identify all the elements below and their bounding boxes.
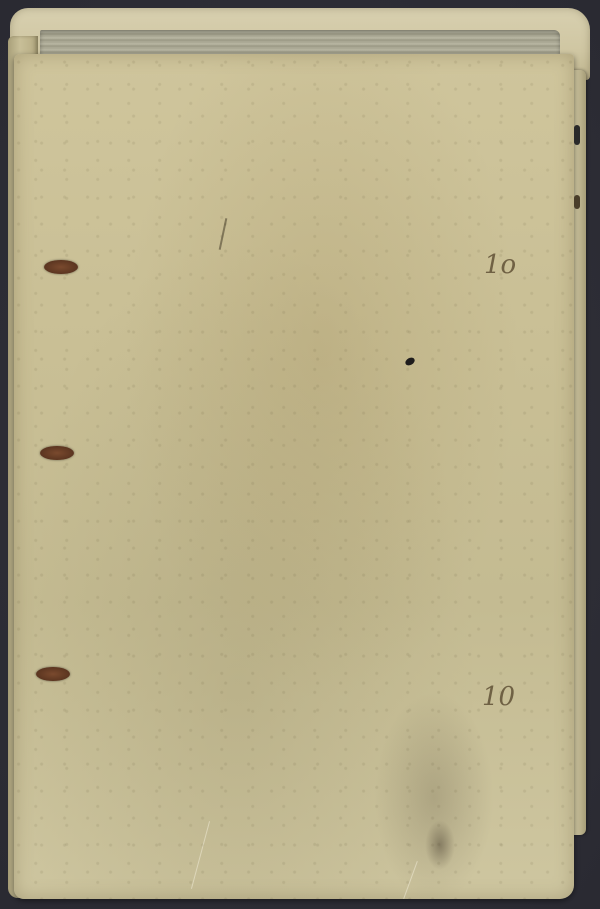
leather-tie-upper <box>44 260 78 274</box>
leather-tie-lower <box>36 667 70 681</box>
leather-tie-middle <box>40 446 74 460</box>
stain <box>425 820 455 870</box>
handwritten-mark-top: 1o <box>484 250 516 280</box>
vellum-cover <box>14 54 574 899</box>
handwritten-mark-bottom: 10 <box>482 682 515 712</box>
right-edge-notch <box>574 195 580 209</box>
right-edge-notch <box>574 125 580 145</box>
